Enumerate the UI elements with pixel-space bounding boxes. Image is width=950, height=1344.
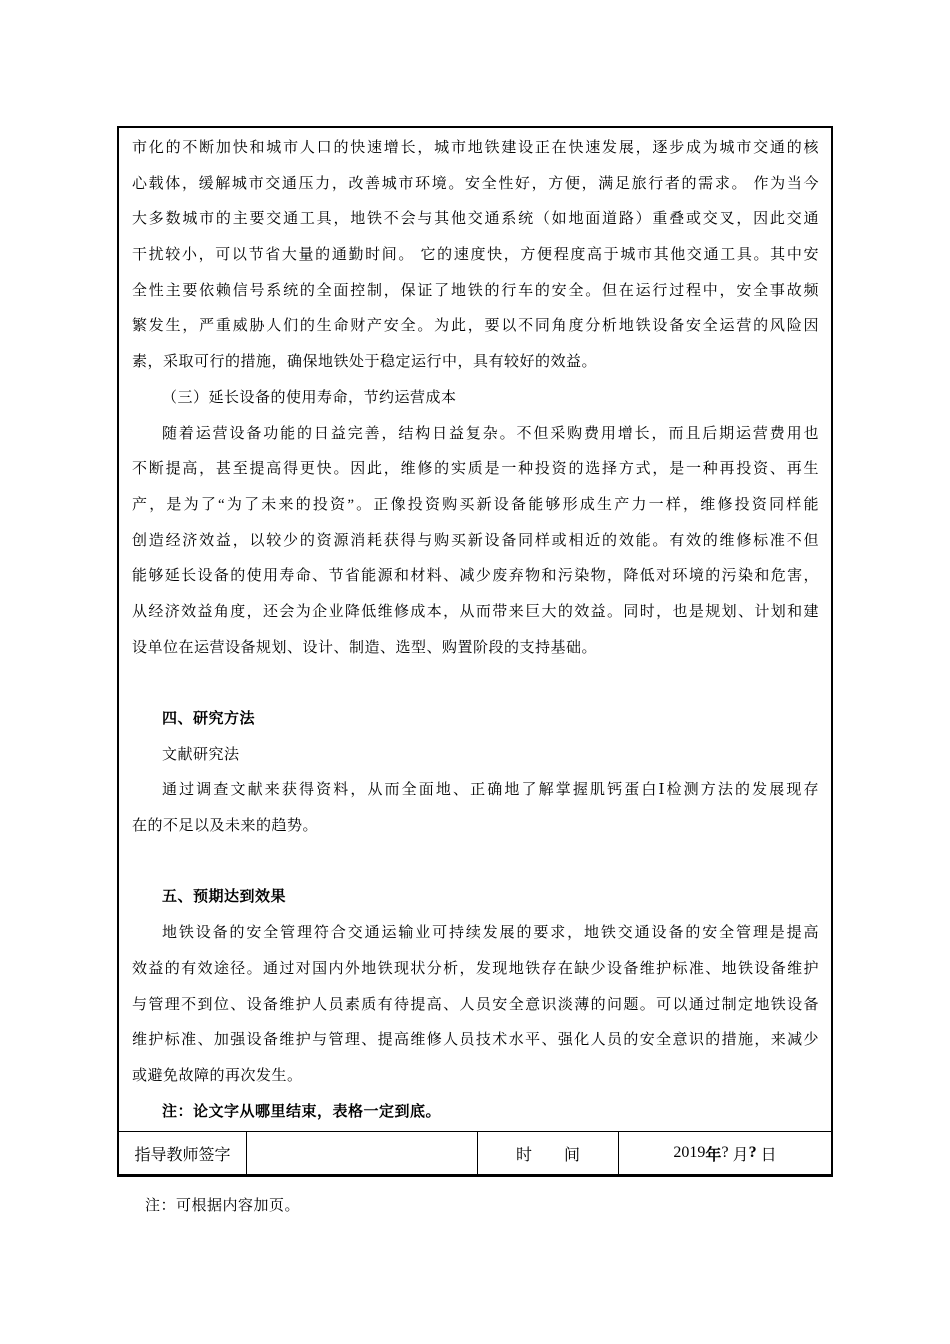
document-line: 市化的不断加快和城市人口的快速增长，城市地铁建设正在快速发展，逐步成为城市交通的… (132, 131, 819, 167)
document-blank-line (132, 845, 819, 881)
document-line: 效益的有效途径。通过对国内外地铁现状分析，发现地铁存在缺少设备维护标准、地铁设备… (132, 952, 819, 988)
document-line: 从经济效益角度，还会为企业降低维修成本，从而带来巨大的效益。同时，也是规划、计划… (132, 595, 819, 631)
time-label: 时 间 (516, 1142, 580, 1165)
document-line: 不断提高，甚至提高得更快。因此，维修的实质是一种投资的选择方式，是一种再投资、再… (132, 452, 819, 488)
document-line: 文献研究法 (132, 738, 819, 774)
document-line: 素，采取可行的措施，确保地铁处于稳定运行中，具有较好的效益。 (132, 345, 819, 381)
table-footer-row: 指导教师签字 时 间 2019年? 月? 日 (119, 1132, 831, 1174)
signature-empty-cell (247, 1132, 478, 1174)
document-line: （三）延长设备的使用寿命，节约运营成本 (132, 381, 819, 417)
document-line: 随着运营设备功能的日益完善，结构日益复杂。不但采购费用增长，而且后期运营费用也 (132, 417, 819, 453)
document-line: 全性主要依赖信号系统的全面控制，保证了地铁的行车的安全。但在运行过程中，安全事故… (132, 274, 819, 310)
page: { "colors": { "text": "#000000", "border… (0, 0, 950, 1344)
document-line: 干扰较小，可以节省大量的通勤时间。 它的速度快，方便程度高于城市其他交通工具。其… (132, 238, 819, 274)
document-blank-line (132, 666, 819, 702)
date-part: ? (721, 1144, 732, 1162)
date-part: 2019 (673, 1144, 705, 1162)
teacher-signature-label: 指导教师签字 (134, 1142, 230, 1165)
document-line: 地铁设备的安全管理符合交通运输业可持续发展的要求，地铁交通设备的安全管理是提高 (132, 916, 819, 952)
document-line: 与管理不到位、设备维护人员素质有待提高、人员安全意识淡薄的问题。可以通过制定地铁… (132, 988, 819, 1024)
document-line: 大多数城市的主要交通工具，地铁不会与其他交通系统（如地面道路）重叠或交叉，因此交… (132, 202, 819, 238)
document-line: 创造经济效益，以较少的资源消耗获得与购买新设备同样或相近的效能。有效的维修标准不… (132, 524, 819, 560)
document-line: 注：论文字从哪里结束，表格一定到底。 (132, 1095, 819, 1131)
document-line: 产，是为了“为了未来的投资”。正像投资购买新设备能够形成生产力一样，维修投资同样… (132, 488, 819, 524)
document-line: 设单位在运营设备规划、设计、制造、选型、购置阶段的支持基础。 (132, 631, 819, 667)
date-part: 年 (705, 1142, 721, 1165)
document-body: 市化的不断加快和城市人口的快速增长，城市地铁建设正在快速发展，逐步成为城市交通的… (119, 128, 831, 1132)
document-line: 通过调查文献来获得资料，从而全面地、正确地了解掌握肌钙蛋白Ⅰ检测方法的发展现存 (132, 773, 819, 809)
date-cell: 2019年? 月? 日 (619, 1132, 831, 1174)
document-line: 在的不足以及未来的趋势。 (132, 809, 819, 845)
document-line: 或避免故障的再次发生。 (132, 1059, 819, 1095)
document-line: 五、预期达到效果 (132, 880, 819, 916)
document-line: 能够延长设备的使用寿命、节省能源和材料、减少废弃物和污染物，降低对环境的污染和危… (132, 559, 819, 595)
time-label-cell: 时 间 (478, 1132, 619, 1174)
date-part: 日 (757, 1142, 777, 1165)
document-line: 心载体，缓解城市交通压力，改善城市环境。安全性好，方便，满足旅行者的需求。 作为… (132, 167, 819, 203)
document-line: 四、研究方法 (132, 702, 819, 738)
date-part: ? (749, 1144, 757, 1162)
teacher-signature-label-cell: 指导教师签字 (119, 1132, 247, 1174)
note-below-table: 注：可根据内容加页。 (145, 1194, 300, 1215)
document-line: 维护标准、加强设备维护与管理、提高维修人员技术水平、强化人员的安全意识的措施，来… (132, 1023, 819, 1059)
document-line: 繁发生，严重威胁人们的生命财产安全。为此，要以不同角度分析地铁设备安全运营的风险… (132, 309, 819, 345)
date-part: 月 (733, 1142, 749, 1165)
document-table: 市化的不断加快和城市人口的快速增长，城市地铁建设正在快速发展，逐步成为城市交通的… (117, 126, 833, 1177)
